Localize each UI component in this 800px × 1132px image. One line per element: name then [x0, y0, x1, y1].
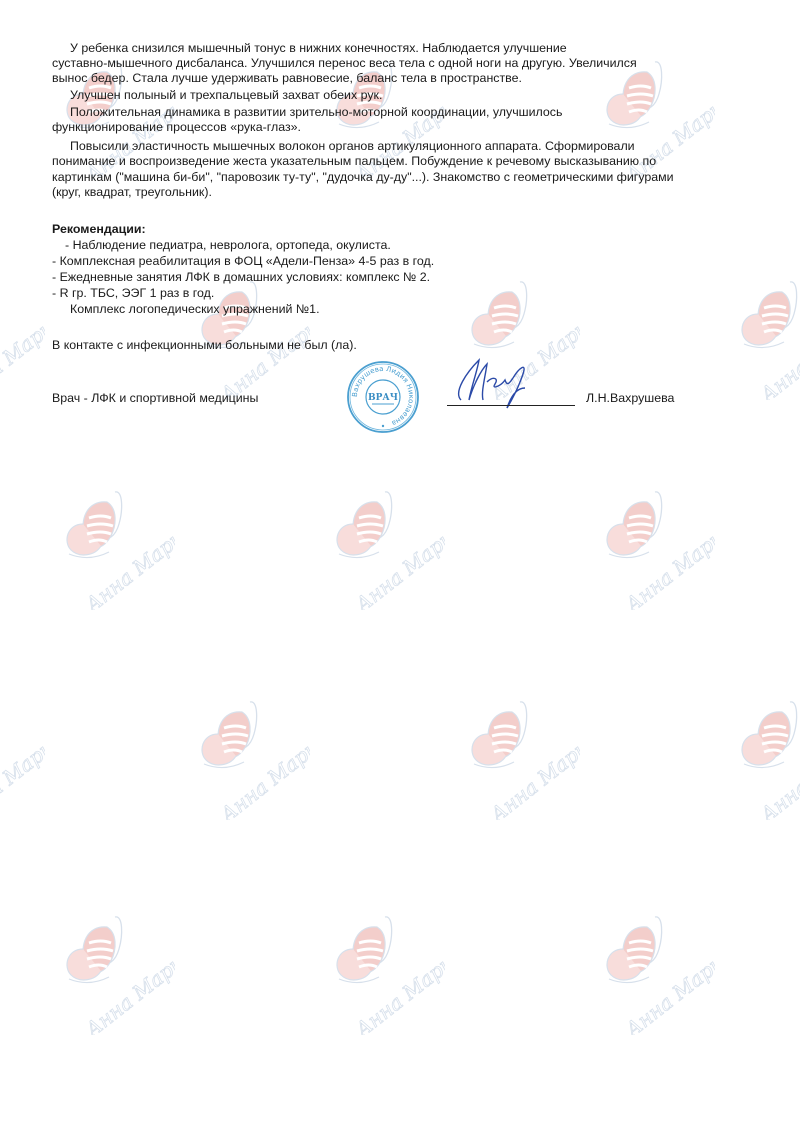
svg-text:Анна Мария: Анна Мария	[619, 942, 715, 1035]
butterfly-logo-icon: Анна Мария	[0, 270, 45, 400]
svg-text:Анна Мария: Анна Мария	[619, 517, 715, 610]
svg-text:Анна Мария: Анна Мария	[484, 727, 580, 820]
recommendation-item: - Комплексная реабилитация в ФОЦ «Адели-…	[52, 254, 434, 269]
paragraph-line: картинкам ("машина би-би", "паровозик ту…	[52, 170, 674, 185]
butterfly-logo-icon: Анна Мария	[45, 905, 175, 1035]
butterfly-logo-icon: Анна Мария	[180, 690, 310, 820]
svg-text:ВРАЧ: ВРАЧ	[368, 393, 398, 403]
svg-text:Анна Мария: Анна Мария	[754, 727, 800, 820]
svg-text:Анна Мария: Анна Мария	[79, 942, 175, 1035]
svg-text:Анна Мария: Анна Мария	[79, 517, 175, 610]
watermark-logo: Анна Мария	[45, 905, 175, 1035]
svg-text:Анна Мария: Анна Мария	[349, 517, 445, 610]
recommendation-item: - Наблюдение педиатра, невролога, ортопе…	[65, 238, 391, 253]
svg-text:Анна Мария: Анна Мария	[754, 307, 800, 400]
paragraph-line: (круг, квадрат, треугольник).	[52, 185, 212, 200]
paragraph-line: Положительная динамика в развитии зрител…	[70, 105, 562, 120]
paragraph-line: функционирование процессов «рука-глаз».	[52, 120, 301, 135]
watermark-logo: Анна Мария	[585, 905, 715, 1035]
butterfly-logo-icon: Анна Мария	[585, 905, 715, 1035]
svg-text:Анна Мария: Анна Мария	[0, 727, 45, 820]
svg-text:Анна Мария: Анна Мария	[214, 727, 310, 820]
svg-text:Анна Мария: Анна Мария	[214, 307, 310, 400]
svg-text:Анна Мария: Анна Мария	[0, 307, 45, 400]
watermark-logo: Анна Мария	[180, 690, 310, 820]
watermark-logo: Анна Мария	[720, 690, 800, 820]
butterfly-logo-icon: Анна Мария	[450, 690, 580, 820]
butterfly-logo-icon: Анна Мария	[720, 270, 800, 400]
doctor-name: Л.Н.Вахрушева	[586, 391, 674, 406]
doctor-position: Врач - ЛФК и спортивной медицины	[52, 391, 258, 406]
paragraph-line: вынос бедер. Стала лучше удерживать равн…	[52, 71, 522, 86]
recommendation-item: Комплекс логопедических упражнений №1.	[70, 302, 320, 317]
contact-note: В контакте с инфекционными больными не б…	[52, 338, 357, 353]
paragraph-line: У ребенка снизился мышечный тонус в нижн…	[70, 41, 567, 56]
butterfly-logo-icon: Анна Мария	[0, 690, 45, 820]
watermark-logo: Анна Мария	[450, 690, 580, 820]
recommendation-item: - Ежедневные занятия ЛФК в домашних усло…	[52, 270, 430, 285]
butterfly-logo-icon: Анна Мария	[720, 690, 800, 820]
watermark-logo: Анна Мария	[45, 480, 175, 610]
paragraph-line: суставно-мышечного дисбаланса. Улучшился…	[52, 56, 637, 71]
round-stamp-icon: Вахрушева Лидия Николаевна ВРАЧ	[346, 360, 420, 434]
doctor-stamp: Вахрушева Лидия Николаевна ВРАЧ	[346, 360, 420, 434]
butterfly-logo-icon: Анна Мария	[315, 905, 445, 1035]
signature-line	[447, 405, 575, 406]
svg-text:Анна Мария: Анна Мария	[349, 942, 445, 1035]
paragraph-line: понимание и воспроизведение жеста указат…	[52, 154, 656, 169]
watermark-logo: Анна Мария	[720, 270, 800, 400]
watermark-logo: Анна Мария	[0, 270, 45, 400]
watermark-logo: Анна Мария	[315, 480, 445, 610]
paragraph-line: Улучшен полыный и трехпальцевый захват о…	[70, 88, 382, 103]
butterfly-logo-icon: Анна Мария	[315, 480, 445, 610]
handwritten-signature	[447, 352, 577, 410]
recommendation-item: - R гр. ТБС, ЭЭГ 1 раз в год.	[52, 286, 214, 301]
signature-icon	[447, 352, 577, 410]
recommendations-heading: Рекомендации:	[52, 222, 146, 237]
watermark-logo: Анна Мария	[315, 905, 445, 1035]
paragraph-line: Повысили эластичность мышечных волокон о…	[70, 139, 635, 154]
watermark-logo: Анна Мария	[0, 690, 45, 820]
butterfly-logo-icon: Анна Мария	[585, 480, 715, 610]
butterfly-logo-icon: Анна Мария	[45, 480, 175, 610]
watermark-logo: Анна Мария	[585, 480, 715, 610]
